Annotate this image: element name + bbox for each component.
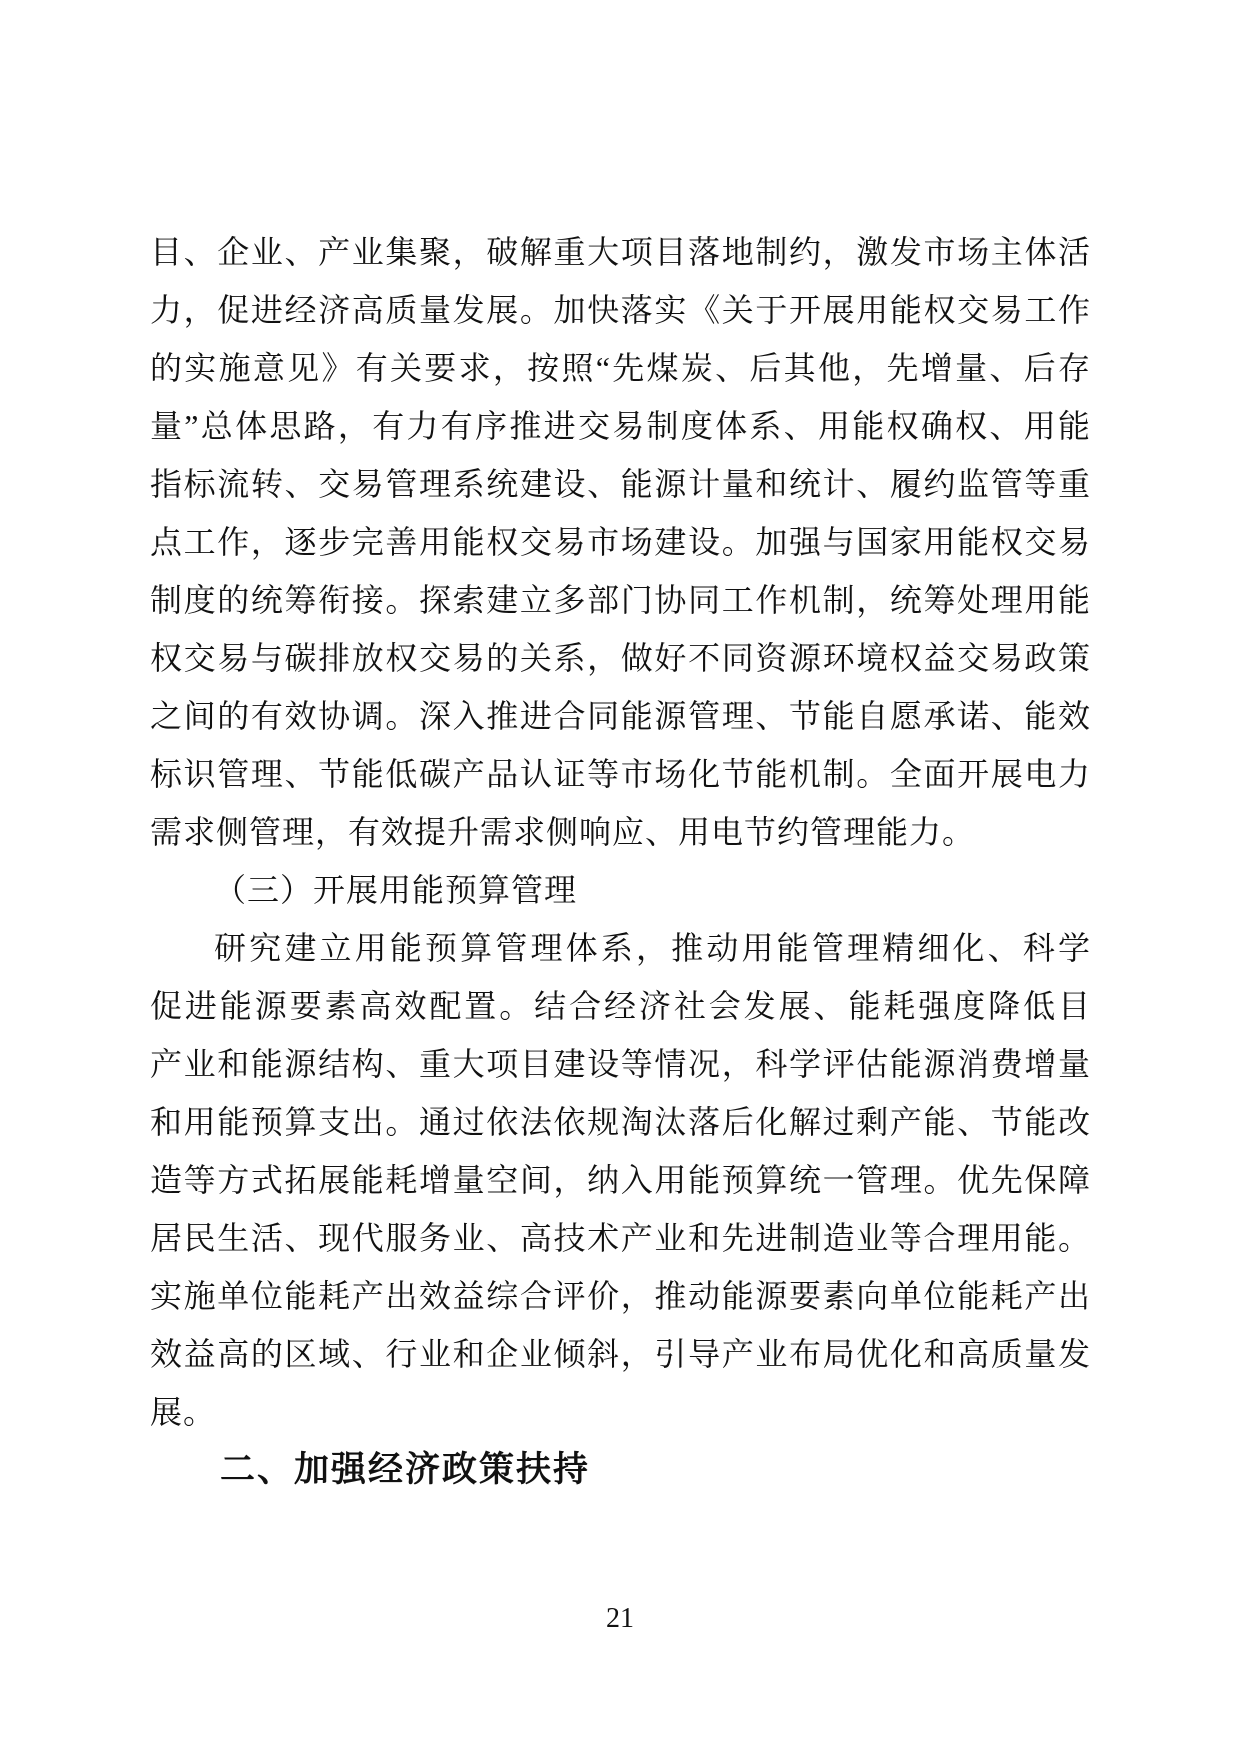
text-line: 居民生活、现代服务业、高技术产业和先进制造业等合理用能。 (150, 1209, 1091, 1267)
text-line: 量”总体思路，有力有序推进交易制度体系、用能权确权、用能 (150, 397, 1091, 455)
text-line: 力，促进经济高质量发展。加快落实《关于开展用能权交易工作 (150, 281, 1091, 339)
text-line: 目、企业、产业集聚，破解重大项目落地制约，激发市场主体活 (150, 223, 1091, 281)
document-body: 目、企业、产业集聚，破解重大项目落地制约，激发市场主体活 力，促进经济高质量发展… (150, 223, 1091, 1499)
text-line: 展。 (150, 1383, 1091, 1441)
subsection-heading: （三）开展用能预算管理 (150, 861, 1091, 919)
text-line: 产业和能源结构、重大项目建设等情况，科学评估能源消费增量 (150, 1035, 1091, 1093)
document-page: 目、企业、产业集聚，破解重大项目落地制约，激发市场主体活 力，促进经济高质量发展… (0, 0, 1240, 1754)
page-number: 21 (0, 1603, 1240, 1635)
text-line: 效益高的区域、行业和企业倾斜，引导产业布局优化和高质量发 (150, 1325, 1091, 1383)
text-line: 制度的统筹衔接。探索建立多部门协同工作机制，统筹处理用能 (150, 571, 1091, 629)
text-line: 需求侧管理，有效提升需求侧响应、用电节约管理能力。 (150, 803, 1091, 861)
text-line: 点工作，逐步完善用能权交易市场建设。加强与国家用能权交易 (150, 513, 1091, 571)
section-heading: 二、加强经济政策扶持 (150, 1441, 1091, 1499)
text-line: 和用能预算支出。通过依法依规淘汰落后化解过剩产能、节能改 (150, 1093, 1091, 1151)
text-line: 指标流转、交易管理系统建设、能源计量和统计、履约监管等重 (150, 455, 1091, 513)
text-line: 标识管理、节能低碳产品认证等市场化节能机制。全面开展电力 (150, 745, 1091, 803)
text-line: 促进能源要素高效配置。结合经济社会发展、能耗强度降低目标、 (150, 977, 1091, 1035)
text-line: 的实施意见》有关要求，按照“先煤炭、后其他，先增量、后存 (150, 339, 1091, 397)
text-line: 造等方式拓展能耗增量空间，纳入用能预算统一管理。优先保障 (150, 1151, 1091, 1209)
text-line: 实施单位能耗产出效益综合评价，推动能源要素向单位能耗产出 (150, 1267, 1091, 1325)
text-line: 之间的有效协调。深入推进合同能源管理、节能自愿承诺、能效 (150, 687, 1091, 745)
text-line: 权交易与碳排放权交易的关系，做好不同资源环境权益交易政策 (150, 629, 1091, 687)
text-line: 研究建立用能预算管理体系，推动用能管理精细化、科学化， (150, 919, 1091, 977)
